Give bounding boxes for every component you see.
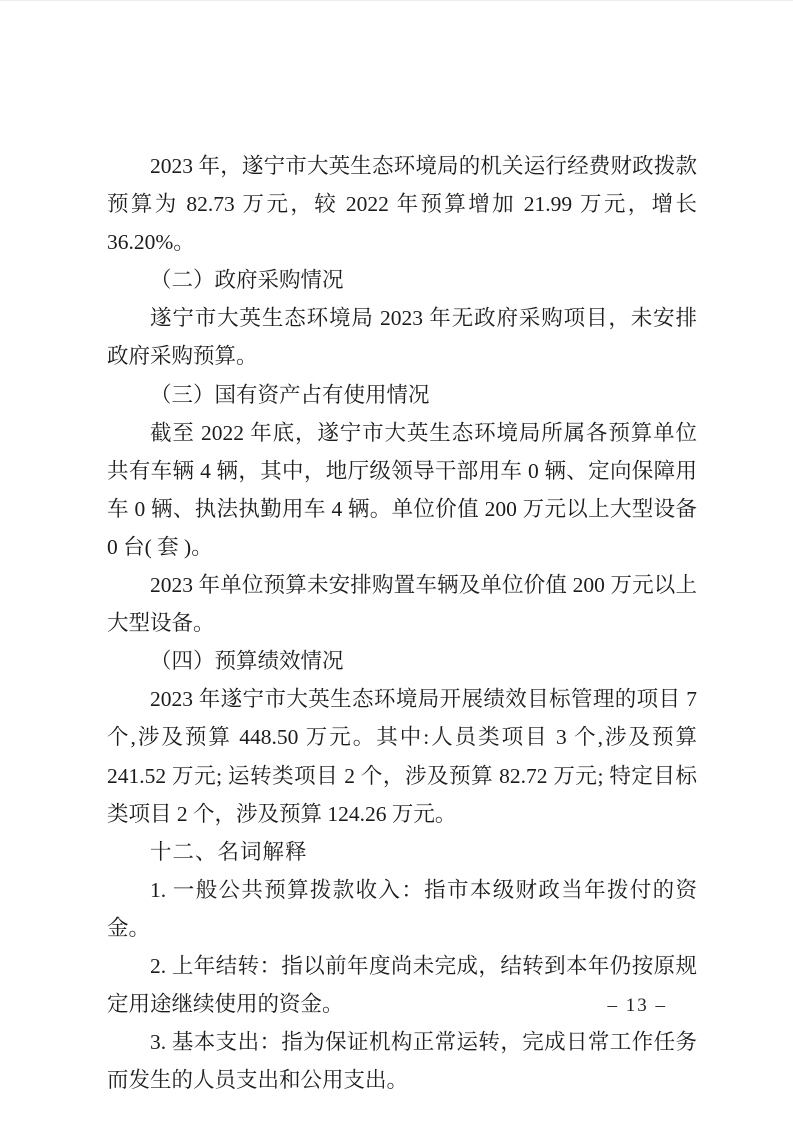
heading-section-4-budget-performance: （四）预算绩效情况 xyxy=(107,642,697,680)
para-government-procurement: 遂宁市大英生态环境局 2023 年无政府采购项目，未安排政府采购预算。 xyxy=(107,299,697,375)
page-content: 2023 年，遂宁市大英生态环境局的机关运行经费财政拨款预算为 82.73 万元… xyxy=(107,147,697,1099)
para-glossary-item-3: 3. 基本支出：指为保证机构正常运转，完成日常工作任务而发生的人员支出和公用支出… xyxy=(107,1023,697,1099)
document-page: 2023 年，遂宁市大英生态环境局的机关运行经费财政拨款预算为 82.73 万元… xyxy=(0,0,793,1123)
para-state-assets-vehicles: 截至 2022 年底，遂宁市大英生态环境局所属各预算单位共有车辆 4 辆，其中，… xyxy=(107,414,697,566)
para-budget-performance: 2023 年遂宁市大英生态环境局开展绩效目标管理的项目 7 个,涉及预算 448… xyxy=(107,680,697,832)
para-no-new-purchases-2023: 2023 年单位预算未安排购置车辆及单位价值 200 万元以上大型设备。 xyxy=(107,566,697,642)
heading-section-3-state-assets: （三）国有资产占有使用情况 xyxy=(107,376,697,414)
para-glossary-item-1: 1. 一般公共预算拨款收入：指市本级财政当年拨付的资金。 xyxy=(107,871,697,947)
heading-section-2-government-procurement: （二）政府采购情况 xyxy=(107,261,697,299)
page-number: – 13 – xyxy=(608,992,668,1020)
para-operating-expense-2023: 2023 年，遂宁市大英生态环境局的机关运行经费财政拨款预算为 82.73 万元… xyxy=(107,147,697,261)
heading-section-12-glossary: 十二、名词解释 xyxy=(107,833,697,871)
